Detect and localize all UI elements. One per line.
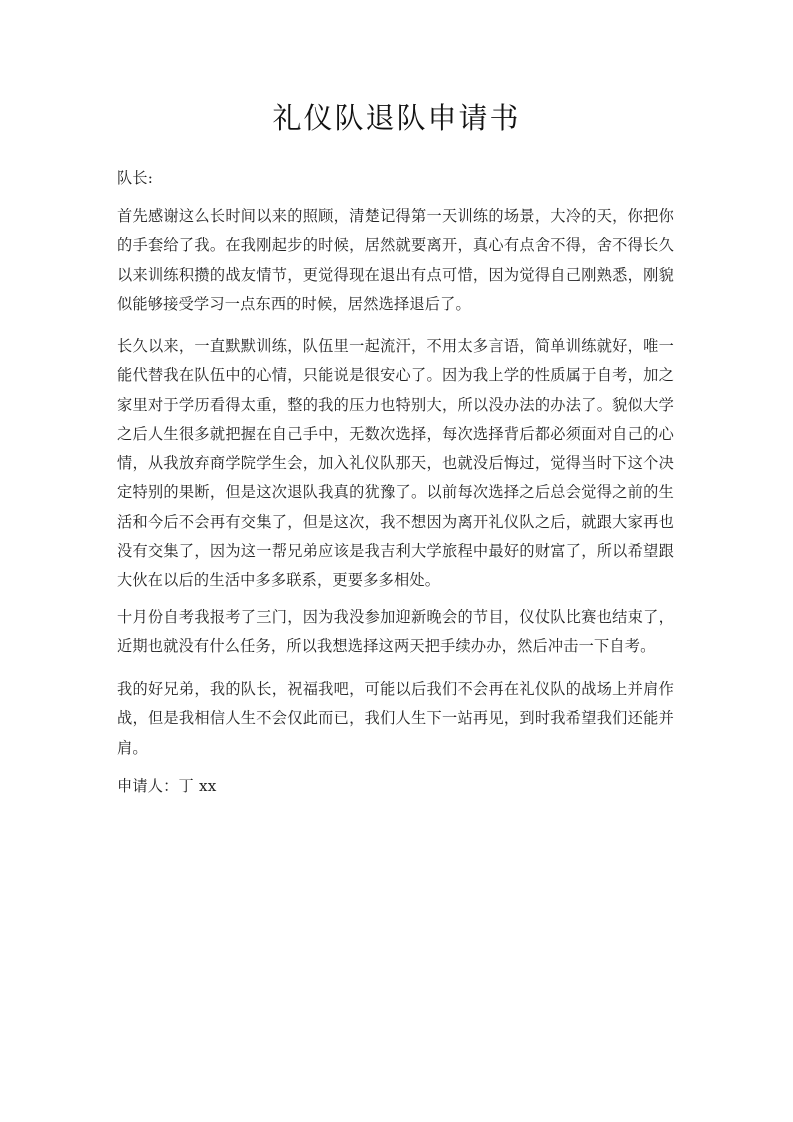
paragraph-4: 我的好兄弟，我的队长，祝福我吧，可能以后我们不会再在礼仪队的战场上并肩作战，但是… bbox=[117, 675, 674, 763]
document-title: 礼仪队退队申请书 bbox=[0, 98, 793, 138]
paragraph-3: 十月份自考我报考了三门，因为我没参加迎新晚会的节目，仪仗队比赛也结束了，近期也就… bbox=[117, 603, 674, 662]
salutation: 队长: bbox=[117, 164, 674, 193]
signature: 申请人：丁 xx bbox=[117, 772, 674, 801]
paragraph-2: 长久以来，一直默默训练，队伍里一起流汗，不用太多言语，简单训练就好，唯一能代替我… bbox=[117, 332, 674, 596]
document-page: 礼仪队退队申请书 队长: 首先感谢这么长时间以来的照顾，清楚记得第一天训练的场景… bbox=[0, 0, 793, 1122]
paragraph-1: 首先感谢这么长时间以来的照顾，清楚记得第一天训练的场景，大冷的天，你把你的手套给… bbox=[117, 202, 674, 319]
